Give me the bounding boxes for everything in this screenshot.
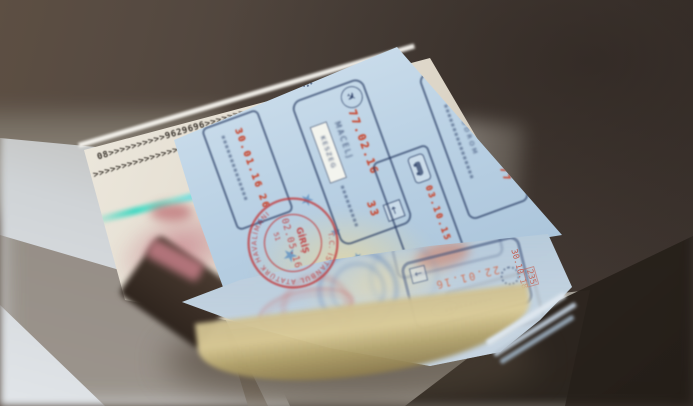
stamp-number: 33: [364, 199, 382, 220]
red-smudge: [150, 203, 192, 221]
car-icon: [407, 152, 433, 184]
airplane-icon: ✈: [338, 83, 366, 111]
crossing-name: KESZEG: [319, 135, 339, 171]
passport-photo: 08>>>>>>>>>>9629696>>>>>>> >>>>>>>>>>>>>…: [0, 0, 693, 406]
entry-number: 51: [272, 231, 283, 242]
illegible-text-marks: [341, 185, 359, 227]
